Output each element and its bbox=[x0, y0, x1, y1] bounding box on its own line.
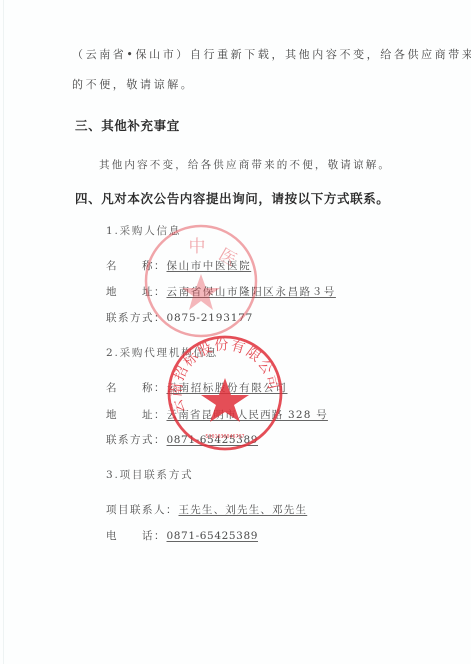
agency-info-title: 2.采购代理机构信息 bbox=[106, 345, 218, 360]
project-phone-label: 电 话 bbox=[106, 528, 154, 543]
seal-char-zhong: 中 bbox=[189, 237, 206, 257]
purchaser-address-field: 地 址 ：云南省保山市隆阳区永昌路３号 bbox=[106, 284, 336, 299]
section-3-body: 其他内容不变，给各供应商带来的不便，敬请谅解。 bbox=[99, 157, 391, 172]
purchaser-address-value: 云南省保山市隆阳区永昌路３号 bbox=[167, 284, 336, 299]
project-contact-person-value: 王先生、刘先生、邓先生 bbox=[179, 502, 308, 517]
purchaser-address-label: 地 址 bbox=[106, 284, 154, 299]
section-3-heading: 三、其他补充事宜 bbox=[75, 116, 180, 134]
project-contact-person-field: 项目联系人：王先生、刘先生、邓先生 bbox=[106, 502, 307, 517]
agency-name-label: 名 称 bbox=[106, 380, 154, 395]
agency-contact-label: 联系方式 bbox=[106, 432, 154, 447]
agency-address-value: 云南省昆明市人民西路 328 号 bbox=[167, 407, 328, 422]
agency-address-label: 地 址 bbox=[106, 407, 154, 422]
purchaser-info-title: 1.采购人信息 bbox=[106, 223, 181, 238]
purchaser-contact-value: 0875-2193177 bbox=[167, 312, 254, 324]
agency-address-field: 地 址 ：云南省昆明市人民西路 328 号 bbox=[106, 407, 328, 422]
project-phone-value: 0871-65425389 bbox=[167, 530, 259, 542]
section-4-heading: 四、凡对本次公告内容提出询问，请按以下方式联系。 bbox=[75, 189, 389, 207]
agency-contact-value: 0871-65425389 bbox=[167, 434, 259, 446]
project-phone-field: 电 话 ：0871-65425389 bbox=[106, 528, 258, 543]
continuation-line-2: 的不便，敬请谅解。 bbox=[72, 76, 194, 92]
page-edge bbox=[3, 0, 4, 664]
agency-name-value: 云南招标股份有限公司 bbox=[167, 380, 288, 395]
purchaser-contact-label: 联系方式 bbox=[106, 310, 154, 325]
purchaser-name-label: 名 称 bbox=[106, 258, 154, 273]
purchaser-name-value: 保山市中医医院 bbox=[167, 258, 252, 273]
purchaser-contact-field: 联系方式：0875-2193177 bbox=[106, 310, 253, 325]
agency-contact-field: 联系方式：0871-65425389 bbox=[106, 432, 258, 447]
document-page: （云南省•保山市）自行重新下载，其他内容不变，给各供应商带来 的不便，敬请谅解。… bbox=[0, 0, 471, 664]
continuation-line-1: （云南省•保山市）自行重新下载，其他内容不变，给各供应商带来 bbox=[72, 46, 471, 62]
project-contact-title: 3.项目联系方式 bbox=[106, 467, 193, 482]
agency-name-field: 名 称 ：云南招标股份有限公司 bbox=[106, 380, 288, 395]
project-contact-person-label: 项目联系人 bbox=[106, 502, 166, 517]
purchaser-name-field: 名 称 ：保山市中医医院 bbox=[106, 258, 251, 273]
